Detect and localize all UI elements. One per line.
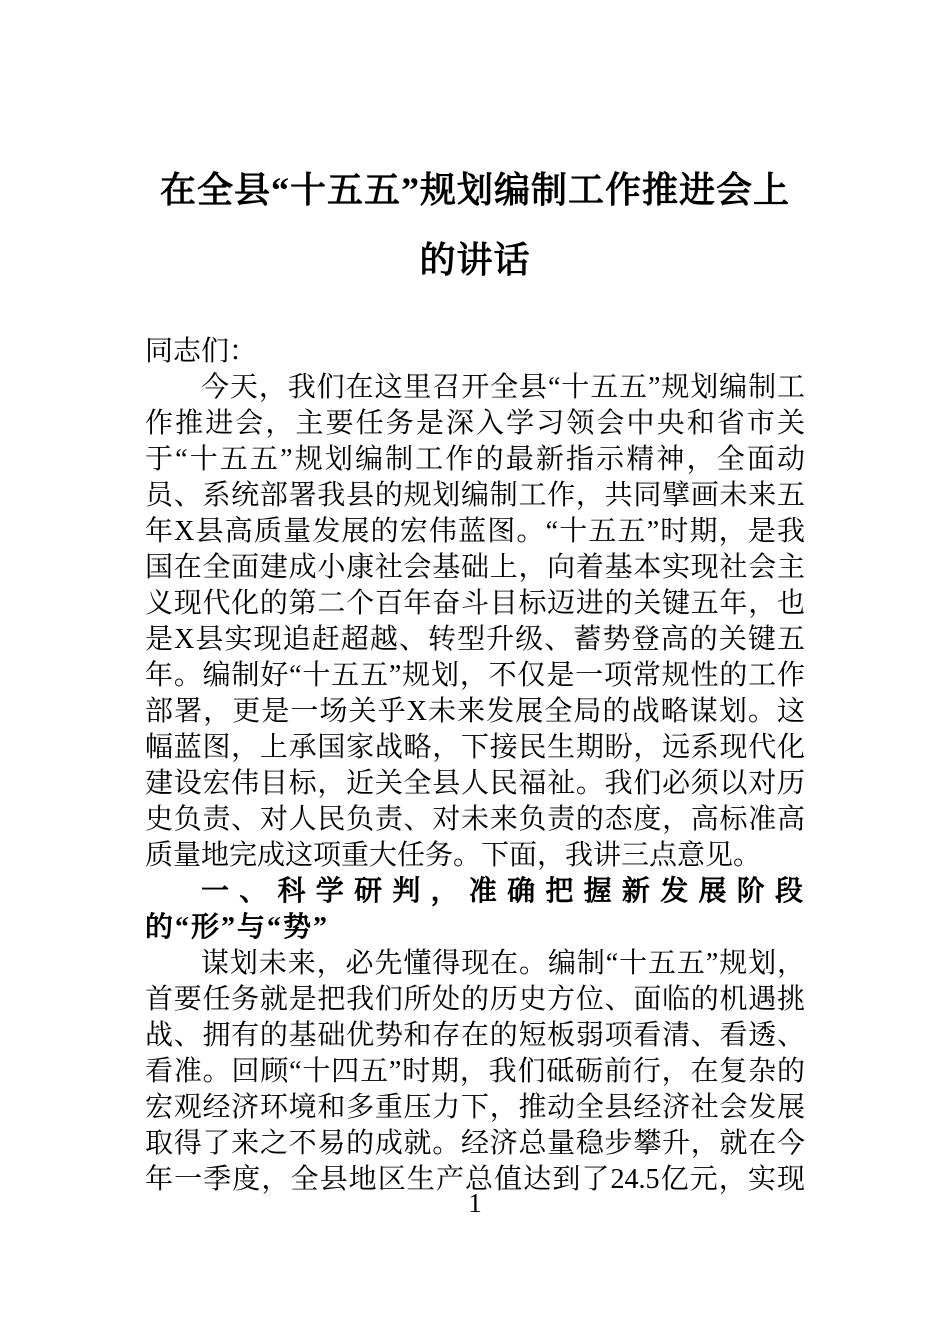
title-line-1: 在全县“十五五”规划编制工作推进会上 [145,155,805,225]
paragraph-opening: 今天，我们在这里召开全县“十五五”规划编制工作推进会，主要任务是深入学习领会中央… [145,370,805,874]
document-body: 同志们： 今天，我们在这里召开全县“十五五”规划编制工作推进会，主要任务是深入学… [145,334,805,1194]
document-page: 在全县“十五五”规划编制工作推进会上 的讲话 同志们： 今天，我们在这里召开全县… [0,0,950,1344]
section-heading-1: 一、科学研判，准确把握新发展阶段的“形”与“势” [145,874,805,946]
title-line-2: 的讲话 [145,225,805,295]
document-title: 在全县“十五五”规划编制工作推进会上 的讲话 [145,155,805,295]
page-number: 1 [0,1188,950,1219]
paragraph-section-1: 谋划未来，必先懂得现在。编制“十五五”规划，首要任务就是把我们所处的历史方位、面… [145,946,805,1194]
salutation: 同志们： [145,334,805,370]
